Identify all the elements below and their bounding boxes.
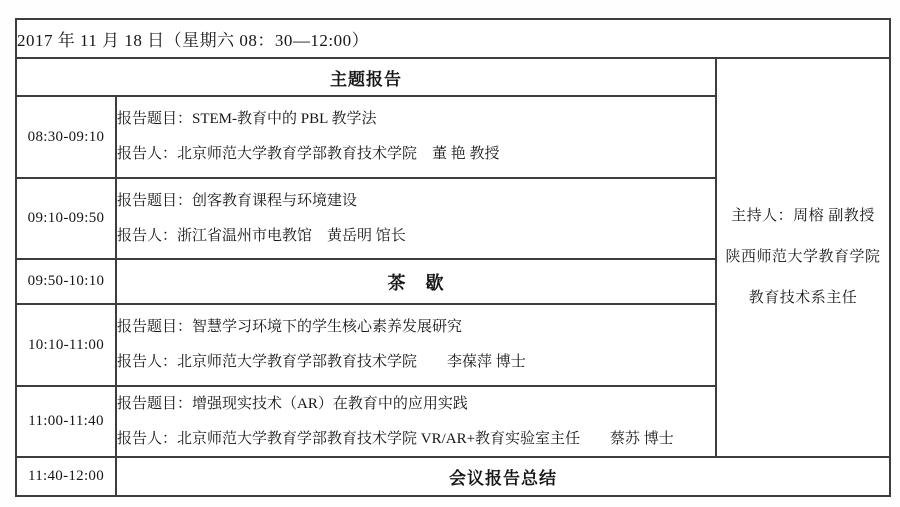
report-speaker: 报告人：北京师范大学教育学部教育技术学院 董 艳 教授: [117, 145, 715, 164]
report-topic: 报告题目：创客教育课程与环境建设: [117, 192, 715, 211]
tea-break-label: 茶 歇: [116, 259, 716, 304]
session-cell: 报告题目：增强现实技术（AR）在教育中的应用实践 报告人：北京师范大学教育学部教…: [116, 386, 716, 457]
report-speaker: 报告人：浙江省温州市电教馆 黄岳明 馆长: [117, 227, 715, 246]
document-page: 2017 年 11 月 18 日（星期六 08：30—12:00） 主题报告 主…: [0, 0, 900, 507]
title-row: 2017 年 11 月 18 日（星期六 08：30—12:00）: [16, 19, 890, 58]
host-line-1: 主持人：周榕 副教授: [717, 207, 889, 226]
header-row: 主题报告 主持人：周榕 副教授 陕西师范大学教育学院 教育技术系主任: [16, 58, 890, 96]
report-speaker: 报告人：北京师范大学教育学部教育技术学院 VR/AR+教育实验室主任 蔡苏 博士: [117, 430, 715, 449]
schedule-table: 2017 年 11 月 18 日（星期六 08：30—12:00） 主题报告 主…: [15, 18, 891, 497]
session-cell: 报告题目：智慧学习环境下的学生核心素养发展研究 报告人：北京师范大学教育学部教育…: [116, 304, 716, 386]
report-topic: 报告题目：STEM-教育中的 PBL 教学法: [117, 110, 715, 129]
session-cell: 报告题目：创客教育课程与环境建设 报告人：浙江省温州市电教馆 黄岳明 馆长: [116, 178, 716, 259]
time-slot: 08:30-09:10: [16, 96, 116, 178]
report-speaker: 报告人：北京师范大学教育学部教育技术学院 李葆萍 博士: [117, 353, 715, 372]
host-line-3: 教育技术系主任: [717, 289, 889, 308]
section-header-label: 主题报告: [16, 58, 716, 96]
summary-row: 11:40-12:00 会议报告总结: [16, 457, 890, 496]
session-cell: 报告题目：STEM-教育中的 PBL 教学法 报告人：北京师范大学教育学部教育技…: [116, 96, 716, 178]
time-slot: 09:10-09:50: [16, 178, 116, 259]
time-slot: 11:00-11:40: [16, 386, 116, 457]
report-topic: 报告题目：智慧学习环境下的学生核心素养发展研究: [117, 318, 715, 337]
summary-label: 会议报告总结: [116, 457, 890, 496]
report-topic: 报告题目：增强现实技术（AR）在教育中的应用实践: [117, 395, 715, 414]
time-slot: 09:50-10:10: [16, 259, 116, 304]
time-slot: 10:10-11:00: [16, 304, 116, 386]
host-cell: 主持人：周榕 副教授 陕西师范大学教育学院 教育技术系主任: [716, 58, 890, 457]
host-info: 主持人：周榕 副教授 陕西师范大学教育学院 教育技术系主任: [717, 207, 889, 308]
host-line-2: 陕西师范大学教育学院: [717, 248, 889, 267]
date-title: 2017 年 11 月 18 日（星期六 08：30—12:00）: [16, 19, 890, 58]
time-slot: 11:40-12:00: [16, 457, 116, 496]
